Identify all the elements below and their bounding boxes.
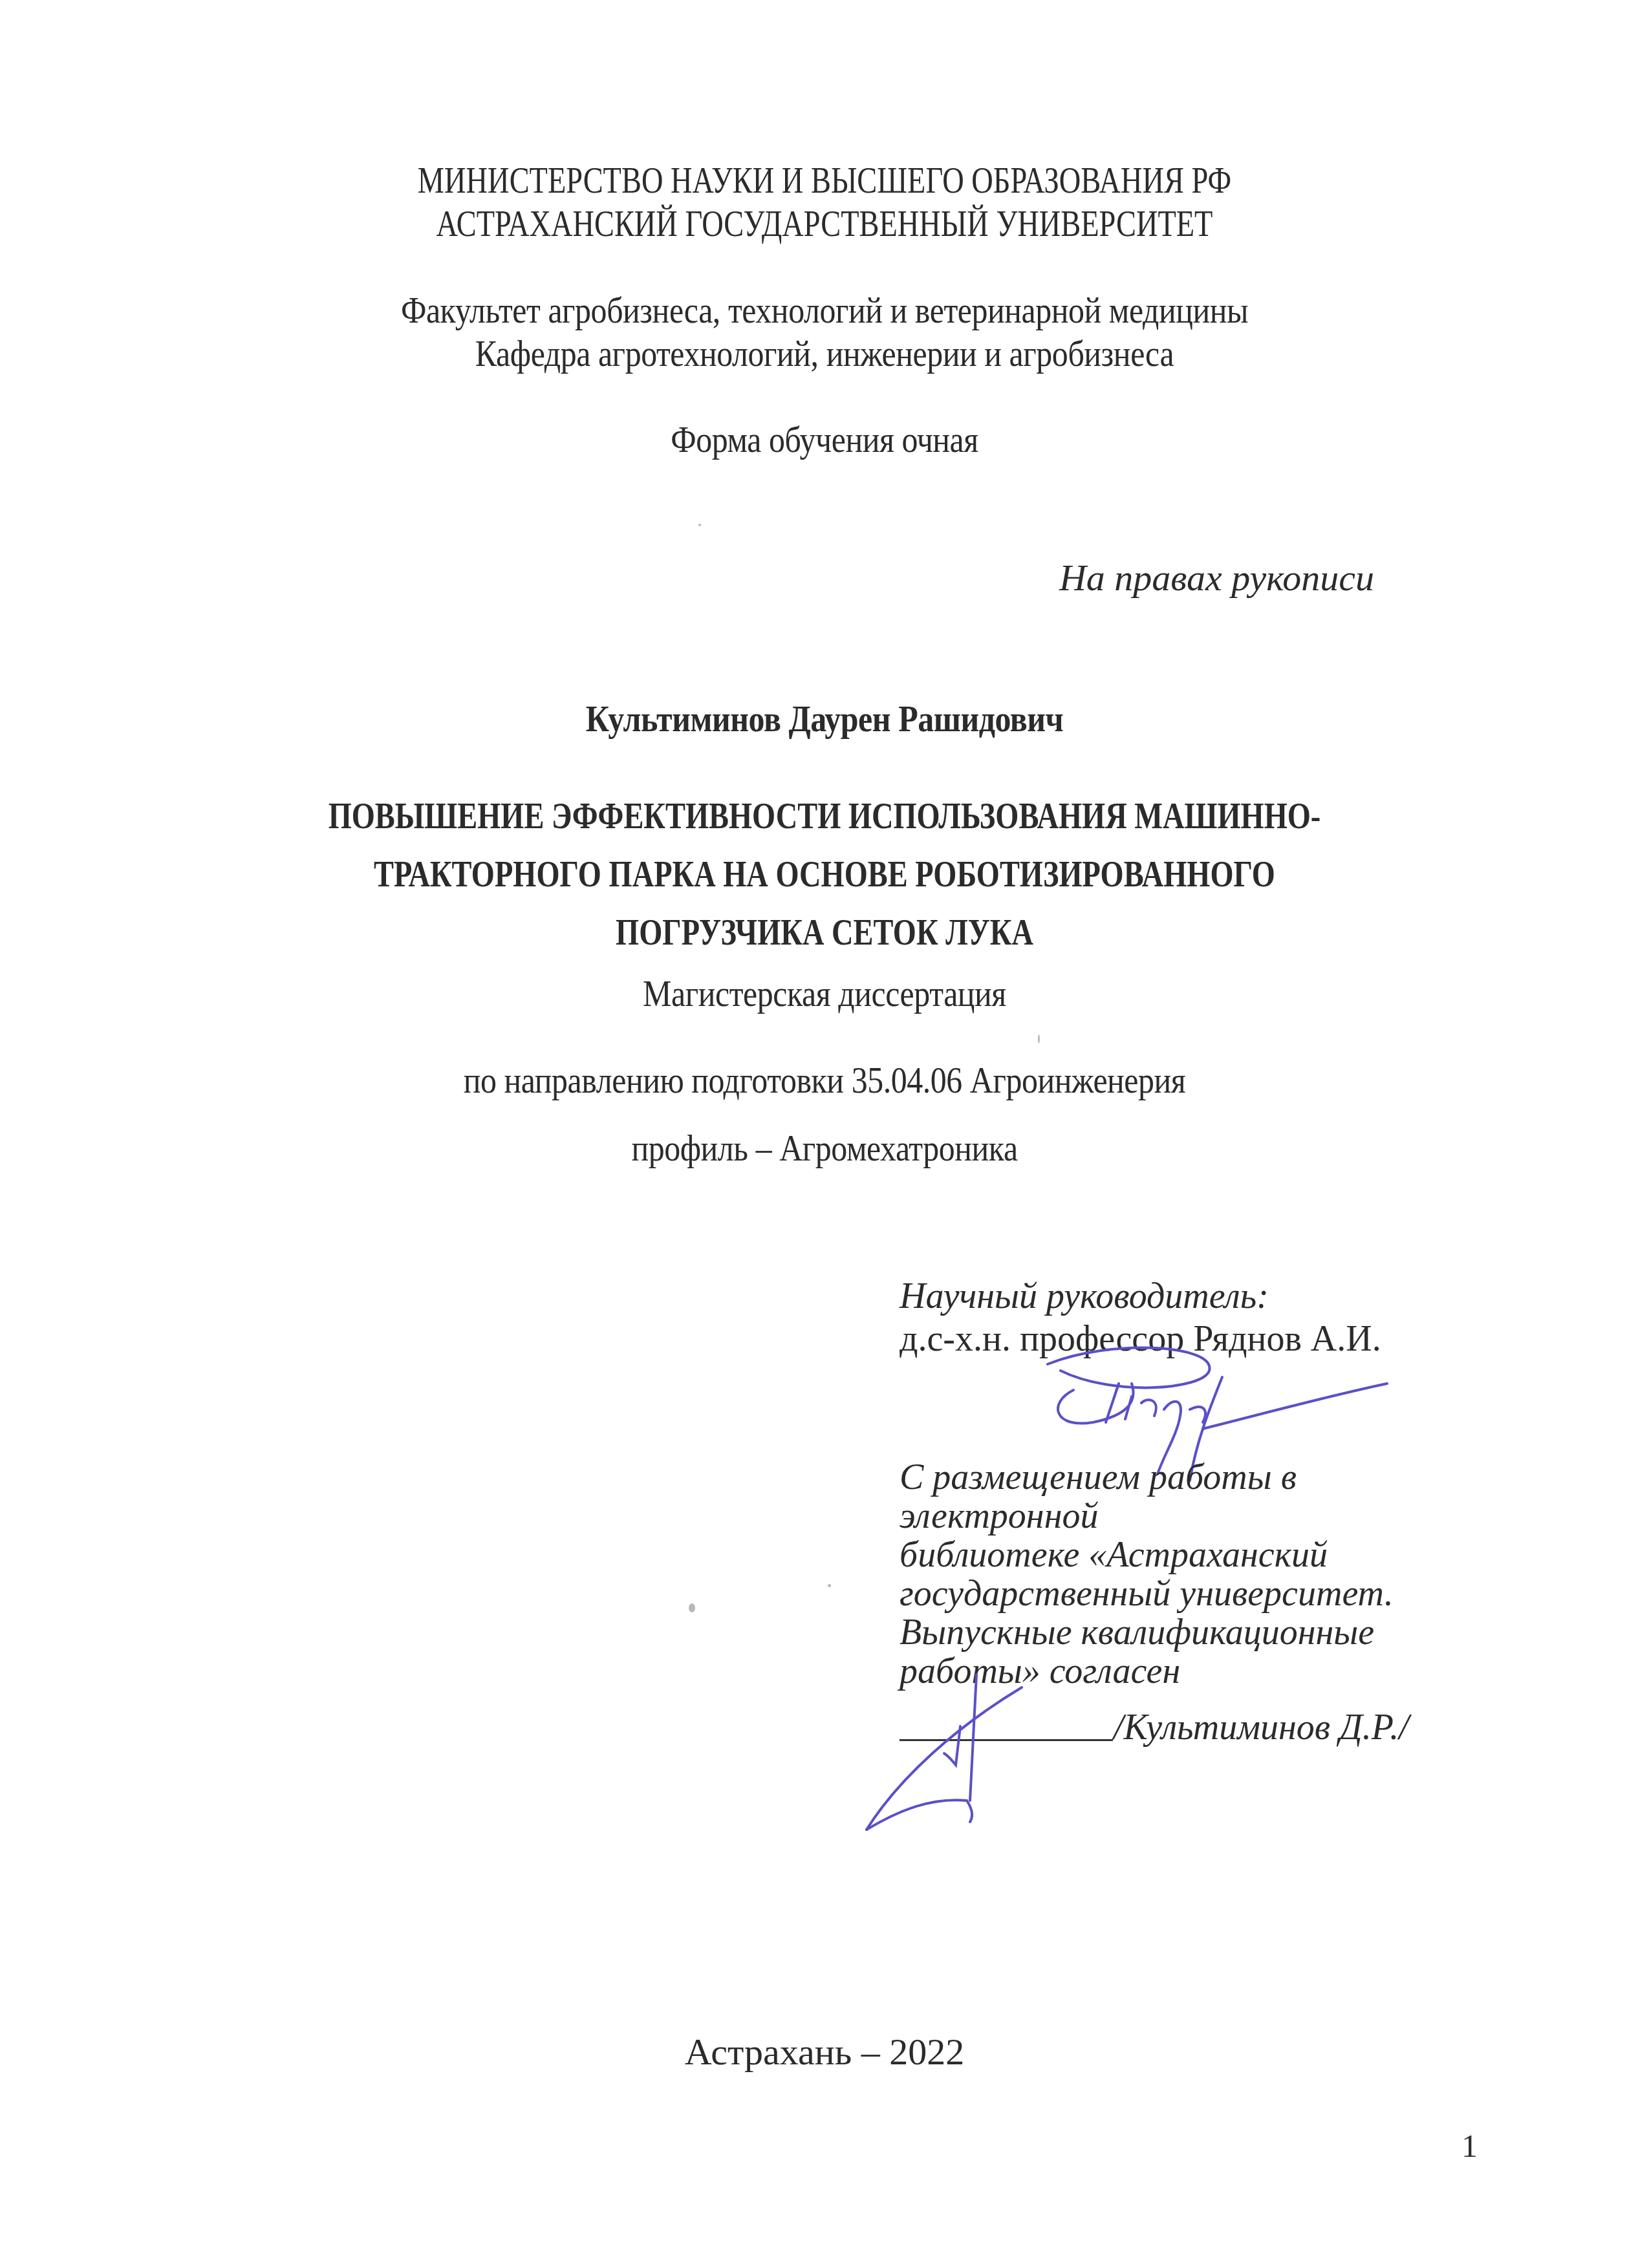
university-name: АСТРАХАНСКИЙ ГОСУДАРСТВЕННЫЙ УНИВЕРСИТЕТ bbox=[165, 202, 1484, 245]
student-signer-name: /Культиминов Д.Р./ bbox=[1114, 1707, 1409, 1748]
scan-speck bbox=[828, 1584, 831, 1587]
study-profile: профиль – Агромехатроника bbox=[116, 1126, 1534, 1170]
author-name: Культиминов Даурен Рашидович bbox=[116, 697, 1534, 740]
consent-block: С размещением работы в электронной библи… bbox=[900, 1458, 1482, 1691]
consent-line: библиотеке «Астраханский bbox=[900, 1535, 1482, 1574]
student-signature-icon bbox=[860, 1668, 1067, 1836]
work-type: Магистерская диссертация bbox=[116, 972, 1534, 1015]
rights-note: На правах рукописи bbox=[1059, 556, 1374, 599]
scan-speck bbox=[1038, 1034, 1040, 1043]
study-direction: по направлению подготовки 35.04.06 Агрои… bbox=[116, 1058, 1534, 1102]
department-name: Кафедра агротехнологий, инженерии и агро… bbox=[116, 332, 1534, 375]
scan-speck bbox=[689, 1603, 695, 1612]
consent-line: С размещением работы в bbox=[900, 1458, 1482, 1497]
study-form: Форма обучения очная bbox=[116, 418, 1534, 461]
thesis-title-line-2: ТРАКТОРНОГО ПАРКА НА ОСНОВЕ РОБОТИЗИРОВА… bbox=[165, 852, 1484, 895]
supervisor-label: Научный руководитель: bbox=[900, 1277, 1482, 1316]
city-year: Астрахань – 2022 bbox=[0, 2030, 1649, 2073]
consent-line: государственный университет. bbox=[900, 1574, 1482, 1613]
thesis-title-line-1: ПОВЫШЕНИЕ ЭФФЕКТИВНОСТИ ИСПОЛЬЗОВАНИЯ МА… bbox=[165, 794, 1484, 837]
consent-line: Выпускные квалификационные bbox=[900, 1613, 1482, 1652]
consent-line: электронной bbox=[900, 1497, 1482, 1535]
page-number: 1 bbox=[1461, 2127, 1478, 2165]
scan-speck bbox=[698, 524, 701, 526]
faculty-name: Факультет агробизнеса, технологий и вете… bbox=[116, 288, 1534, 332]
ministry-name: МИНИСТЕРСТВО НАУКИ И ВЫСШЕГО ОБРАЗОВАНИЯ… bbox=[165, 158, 1484, 202]
thesis-title-line-3: ПОГРУЗЧИКА СЕТОК ЛУКА bbox=[165, 910, 1484, 954]
